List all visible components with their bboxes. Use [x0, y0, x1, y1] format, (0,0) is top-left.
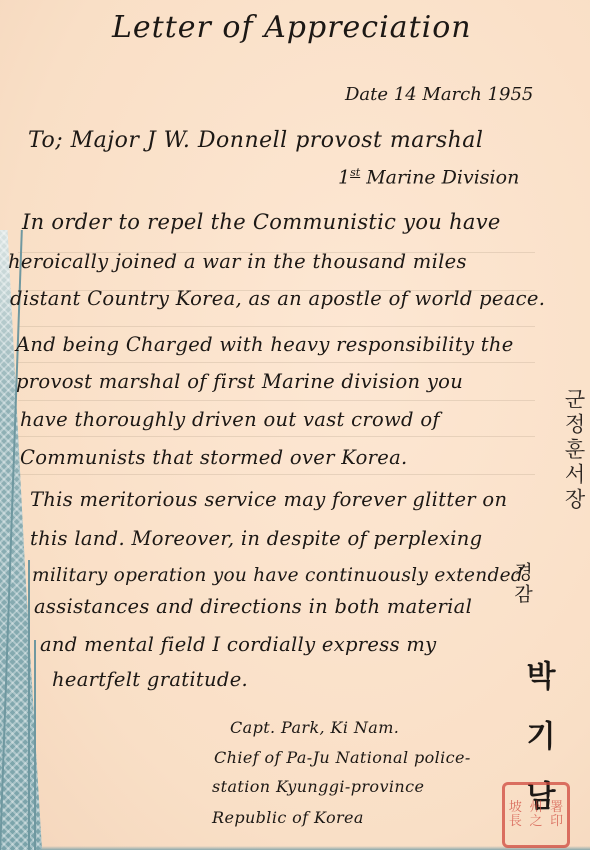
ruled-line — [18, 436, 535, 437]
body-line: Communists that stormed over Korea. — [20, 446, 408, 469]
signature-title: Chief of Pa-Ju National police- — [214, 748, 471, 767]
body-line: this land. Moreover, in despite of perpl… — [30, 527, 482, 550]
unit-ordinal-suffix: st — [350, 166, 360, 179]
letter-date: Date 14 March 1955 — [345, 84, 533, 105]
body-line: In order to repel the Communistic you ha… — [22, 210, 501, 234]
body-line: and mental field I cordially express my — [40, 633, 436, 656]
seal-glyph: 坡 — [505, 801, 526, 815]
recipient-unit: 1st Marine Division — [338, 166, 519, 188]
border-line — [28, 560, 30, 850]
body-line: have thoroughly driven out vast crowd of — [20, 408, 440, 431]
unit-ordinal: 1 — [338, 166, 350, 188]
ruled-line — [18, 400, 535, 401]
body-line: This meritorious service may forever gli… — [30, 488, 507, 511]
korean-title-column: 군정훈서장 — [563, 388, 584, 513]
korean-rank: 경감 — [512, 562, 531, 606]
ruled-line — [18, 326, 535, 327]
signature-station: station Kyunggi-province — [212, 777, 424, 796]
body-line: distant Country Korea, as an apostle of … — [10, 287, 545, 310]
recipient-line: To; Major J W. Donnell provost marshal — [28, 128, 483, 153]
seal-glyph: 州 — [526, 801, 547, 815]
seal-glyph: 之 — [526, 815, 547, 829]
border-line — [34, 640, 36, 850]
seal-glyph: 長 — [505, 815, 526, 829]
signature-name: Capt. Park, Ki Nam. — [230, 718, 399, 737]
body-line: assistances and directions in both mater… — [34, 595, 472, 618]
body-line: provost marshal of first Marine division… — [16, 370, 463, 393]
body-line: heartfelt gratitude. — [52, 668, 248, 691]
signature-country: Republic of Korea — [212, 808, 364, 827]
body-line: And being Charged with heavy responsibil… — [16, 333, 514, 356]
ruled-line — [18, 362, 535, 363]
body-line: military operation you have continuously… — [32, 565, 523, 586]
ruled-line — [18, 474, 535, 475]
letter-title: Letter of Appreciation — [112, 10, 472, 45]
body-line: heroically joined a war in the thousand … — [8, 250, 467, 273]
unit-name: Marine Division — [366, 166, 519, 188]
red-seal-stamp: 坡 州 署 長 之 印 — [502, 782, 570, 848]
seal-glyph: 印 — [546, 815, 567, 829]
seal-glyph: 署 — [546, 801, 567, 815]
